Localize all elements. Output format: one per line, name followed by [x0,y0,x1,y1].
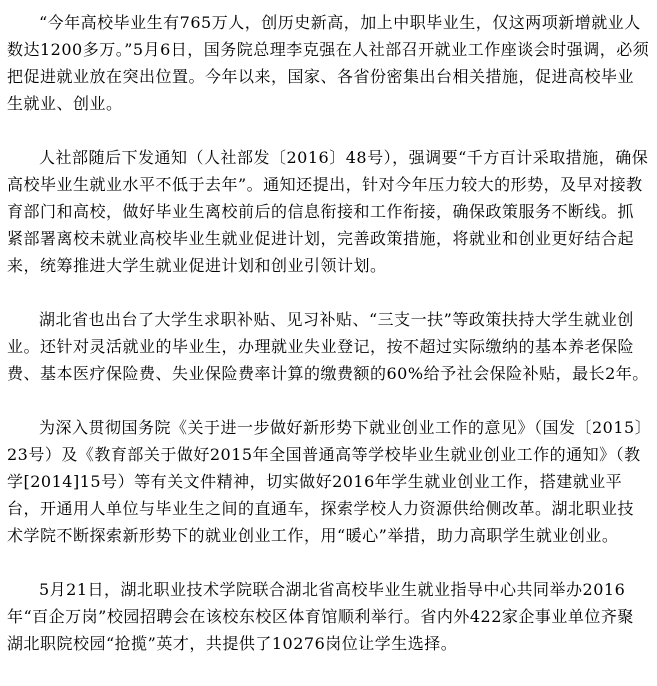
paragraph-intro: “今年高校毕业生有765万人，创历史新高，加上中职毕业生，仅这两项新增就业人数达… [7,9,650,117]
paragraph-hubei-policy: 湖北省也出台了大学生求职补贴、见习补贴、“三支一扶”等政策扶持大学生就业创业。还… [7,306,650,387]
paragraph-college-measures: 为深入贯彻国务院《关于进一步做好新形势下就业创业工作的意见》（国发〔2015〕2… [7,414,650,549]
paragraph-job-fair: 5月21日，湖北职业技术学院联合湖北省高校毕业生就业指导中心共同举办2016年“… [7,576,650,657]
paragraph-ministry-notice: 人社部随后下发通知（人社部发〔2016〕48号），强调要“千方百计采取措施，确保… [7,144,650,279]
article-page: “今年高校毕业生有765万人，创历史新高，加上中职毕业生，仅这两项新增就业人数达… [0,0,657,686]
